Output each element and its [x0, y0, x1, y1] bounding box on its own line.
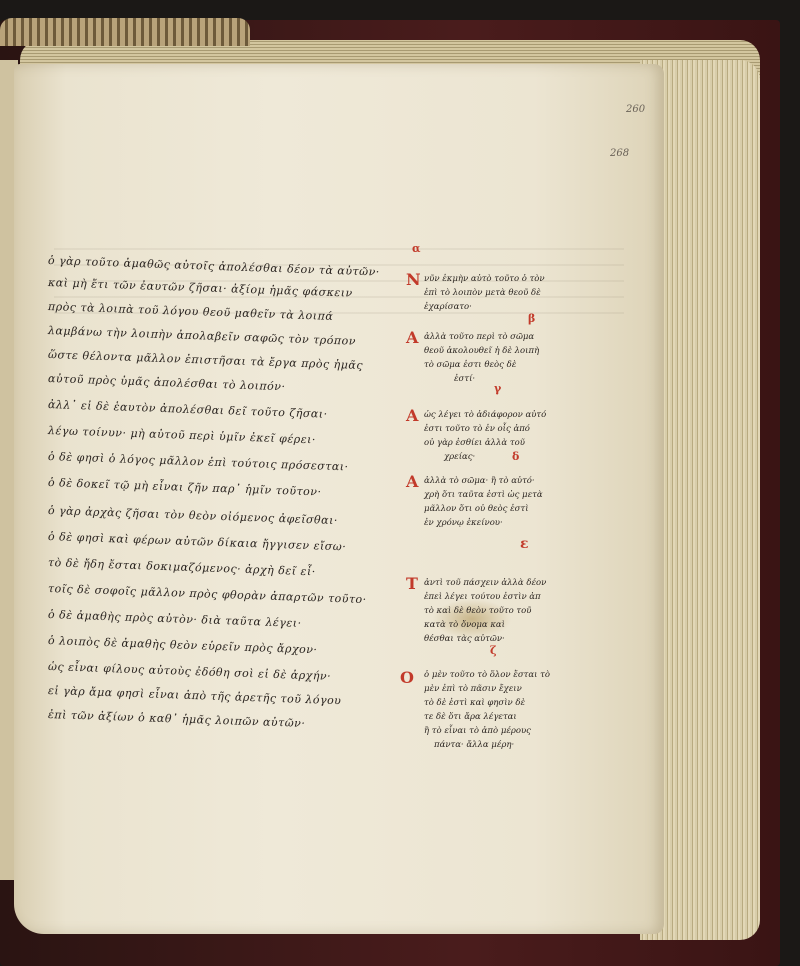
main-text-line: ὁ δὲ ἀμαθὴς πρὸς αὐτὸν· διὰ ταῦτα λέγει·: [48, 608, 302, 630]
scholion-text: ἀλλὰ τὸ σῶμα· ἢ τὸ αὐτό·: [424, 476, 535, 486]
main-text-line: εἰ γὰρ ἄμα φησὶ εἶναι ἀπὸ τῆς ἀρετῆς τοῦ…: [48, 684, 342, 707]
scholion-text: πάντα· ἄλλα μέρη·: [434, 740, 514, 750]
scholion-text: κατὰ τὸ ὄνομα καὶ: [424, 620, 505, 630]
main-text-line: ἀλλ᾽ εἰ δὲ ἑαυτὸν ἀπολέσθαι δεῖ τοῦτο ζῆ…: [48, 398, 328, 421]
main-text-line: ὁ δὲ δοκεῖ τῷ μὴ εἶναι ζῆν παρ᾽ ἡμῖν τοῦ…: [48, 476, 322, 499]
scholion-text: ἐστί·: [454, 374, 475, 384]
main-text-line: ὁ δὲ φησὶ καὶ φέρων αὐτῶν δίκαια ἤγγισεν…: [48, 530, 347, 553]
scholion-text: νῦν ἐκμὴν αὐτὸ τοῦτο ὁ τὸν: [424, 274, 545, 284]
main-text-line: τοῖς δὲ σοφοῖς μᾶλλον πρὸς φθορὰν ἀπαρτῶ…: [48, 582, 367, 606]
scholion-marker: γ: [494, 382, 501, 395]
scholion-text: μᾶλλον ὅτι οὐ θεὸς ἐστὶ: [424, 504, 529, 514]
manuscript-page: 260 268 ὁ γὰρ τοῦτο ἀμαθῶς αὐτοῖς ἀπολέσ…: [14, 64, 664, 934]
main-text-line: λαμβάνω τὴν λοιπὴν ἀπολαβεῖν σαφῶς τὸν τ…: [48, 324, 356, 348]
main-text-line: ὡς εἶναι φίλους αὐτοὺς ἐδόθη σοὶ εἰ δὲ ἀ…: [48, 660, 332, 683]
scholion-text: ἀλλὰ τοῦτο περὶ τὸ σῶμα: [424, 332, 534, 342]
main-text-line: λέγω τοίνυν· μὴ αὐτοῦ περὶ ὑμῖν ἐκεῖ φέρ…: [48, 424, 316, 446]
scholion-initial: N: [406, 270, 421, 289]
scholion-text: ἀντὶ τοῦ πάσχειν ἀλλὰ δέον: [424, 578, 546, 588]
main-text-line: τὸ δὲ ἤδη ἔσται δοκιμαζόμενος· ἀρχὴ δεῖ …: [48, 556, 316, 578]
scholion-text: θεοῦ ἀκολουθεῖ ἡ δὲ λοιπὴ: [424, 346, 539, 356]
scholion-text: οὐ γὰρ ἐσθίει ἀλλὰ τοῦ: [424, 438, 525, 448]
main-text-line: ὥστε θέλοντα μᾶλλον ἐπιστῆσαι τὰ ἔργα πρ…: [48, 348, 363, 372]
scholion-text: τὸ καὶ δὲ θεὸν τοῦτο τοῦ: [424, 606, 531, 616]
scholion-text: ἐχαρίσατο·: [424, 302, 472, 312]
scholion-marker: δ: [512, 450, 519, 463]
scholion-text: χρείας·: [444, 452, 475, 462]
scholion-marker: ε: [520, 536, 529, 552]
spine-headband: [0, 18, 250, 46]
scholion-initial: Α: [406, 328, 418, 347]
scholion-marker: β: [528, 312, 535, 325]
scholion-text: χρὴ ὅτι ταῦτα ἐστὶ ὡς μετὰ: [424, 490, 543, 500]
scholion-text: ὁ μὲν τοῦτο τὸ ὅλον ἔσται τὸ: [424, 670, 550, 680]
parchment-stain: [432, 599, 512, 639]
main-text-line: ὁ δὲ φησὶ ὁ λόγος μᾶλλον ἐπὶ τούτοις πρό…: [48, 450, 349, 473]
main-text-line: ὁ λοιπὸς δὲ ἀμαθὴς θεὸν εὑρεῖν πρὸς ἄρχο…: [48, 634, 318, 656]
scholion-text: ὡς λέγει τὸ ἀδιάφορον αὐτό: [424, 410, 546, 420]
scholion-text: θέσθαι τὰς αὐτῶν·: [424, 634, 505, 644]
scholion-initial: Ο: [400, 668, 414, 687]
scholion-text: ἐν χρόνῳ ἐκείνου·: [424, 518, 503, 528]
folio-number-ink: 268: [610, 148, 629, 159]
scholion-marker: α: [412, 242, 420, 255]
scholion-initial: Α: [406, 406, 418, 425]
scholion-text: ἐπεὶ λέγει τούτου ἐστὶν ἀπ: [424, 592, 541, 602]
scholion-initial: Τ: [406, 574, 418, 593]
main-text-line: ἐπὶ τῶν ἀξίων ὁ καθ᾽ ἡμᾶς λοιπῶν αὐτῶν·: [48, 708, 306, 730]
main-text-line: ὁ γὰρ ἀρχὰς ζῆσαι τὸν θεὸν οἰόμενος ἀφεῖ…: [48, 504, 338, 527]
scholion-text: ἐπὶ τὸ λοιπὸν μετὰ θεοῦ δὲ: [424, 288, 541, 298]
scholion-text: τε δὲ ὅτι ἄρα λέγεται: [424, 712, 517, 722]
scholion-text: τὸ σῶμα ἐστι θεὸς δὲ: [424, 360, 516, 370]
folio-number-pencil: 260: [626, 104, 645, 115]
scholion-text: τὸ δὲ ἐστὶ καὶ φησὶν δὲ: [424, 698, 525, 708]
scholion-text: ἐστι τοῦτο τὸ ἐν οἷς ἀπό: [424, 424, 530, 434]
scholion-initial: Α: [406, 472, 418, 491]
main-text-line: αὐτοῦ πρὸς ὑμᾶς ἀπολέσθαι τὸ λοιπόν·: [48, 372, 286, 393]
scholion-marker: ζ: [490, 644, 497, 657]
scholion-text: μὲν ἐπὶ τὸ πᾶσιν ἔχειν: [424, 684, 522, 694]
scholion-text: ἢ τὸ εἶναι τὸ ἀπὸ μέρους: [424, 726, 531, 736]
